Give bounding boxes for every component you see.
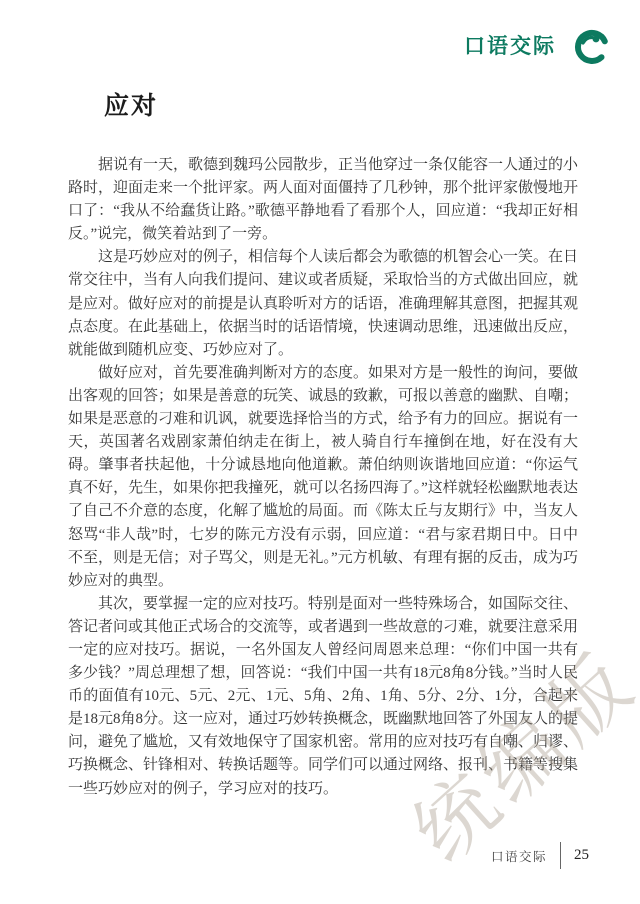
article-paragraph: 其次，要掌握一定的应对技巧。特别是面对一些特殊场合，如国际交往、答记者问或其他正… — [68, 593, 578, 801]
speech-comma-dot — [593, 36, 600, 43]
page-title: 应对 — [104, 86, 158, 122]
article-paragraph: 据说有一天，歌德到魏玛公园散步，正当他穿过一条仅能容一人通过的小路时，迎面走来一… — [68, 154, 578, 246]
page-footer: 口语交际 25 — [0, 842, 589, 869]
page-number: 25 — [574, 847, 589, 864]
article-paragraph: 做好应对，首先要准确判断对方的态度。如果对方是一般性的询问，要做出客观的回答；如… — [68, 362, 578, 593]
textbook-page: 口语交际 应对 据说有一天，歌德到魏玛公园散步，正当他穿过一条仅能容一人通过的小… — [0, 0, 640, 904]
article-paragraph: 这是巧妙应对的例子，相信每个人读后都会为歌德的机智会心一笑。在日常交往中，当有人… — [68, 246, 578, 361]
footer-divider — [560, 842, 561, 869]
article-body: 据说有一天，歌德到魏玛公园散步，正当他穿过一条仅能容一人通过的小路时，迎面走来一… — [68, 154, 578, 801]
page-header: 口语交际 — [464, 26, 612, 66]
speech-mouth-icon — [572, 26, 612, 66]
section-label: 口语交际 — [464, 26, 556, 66]
footer-section-label: 口语交际 — [491, 847, 547, 865]
